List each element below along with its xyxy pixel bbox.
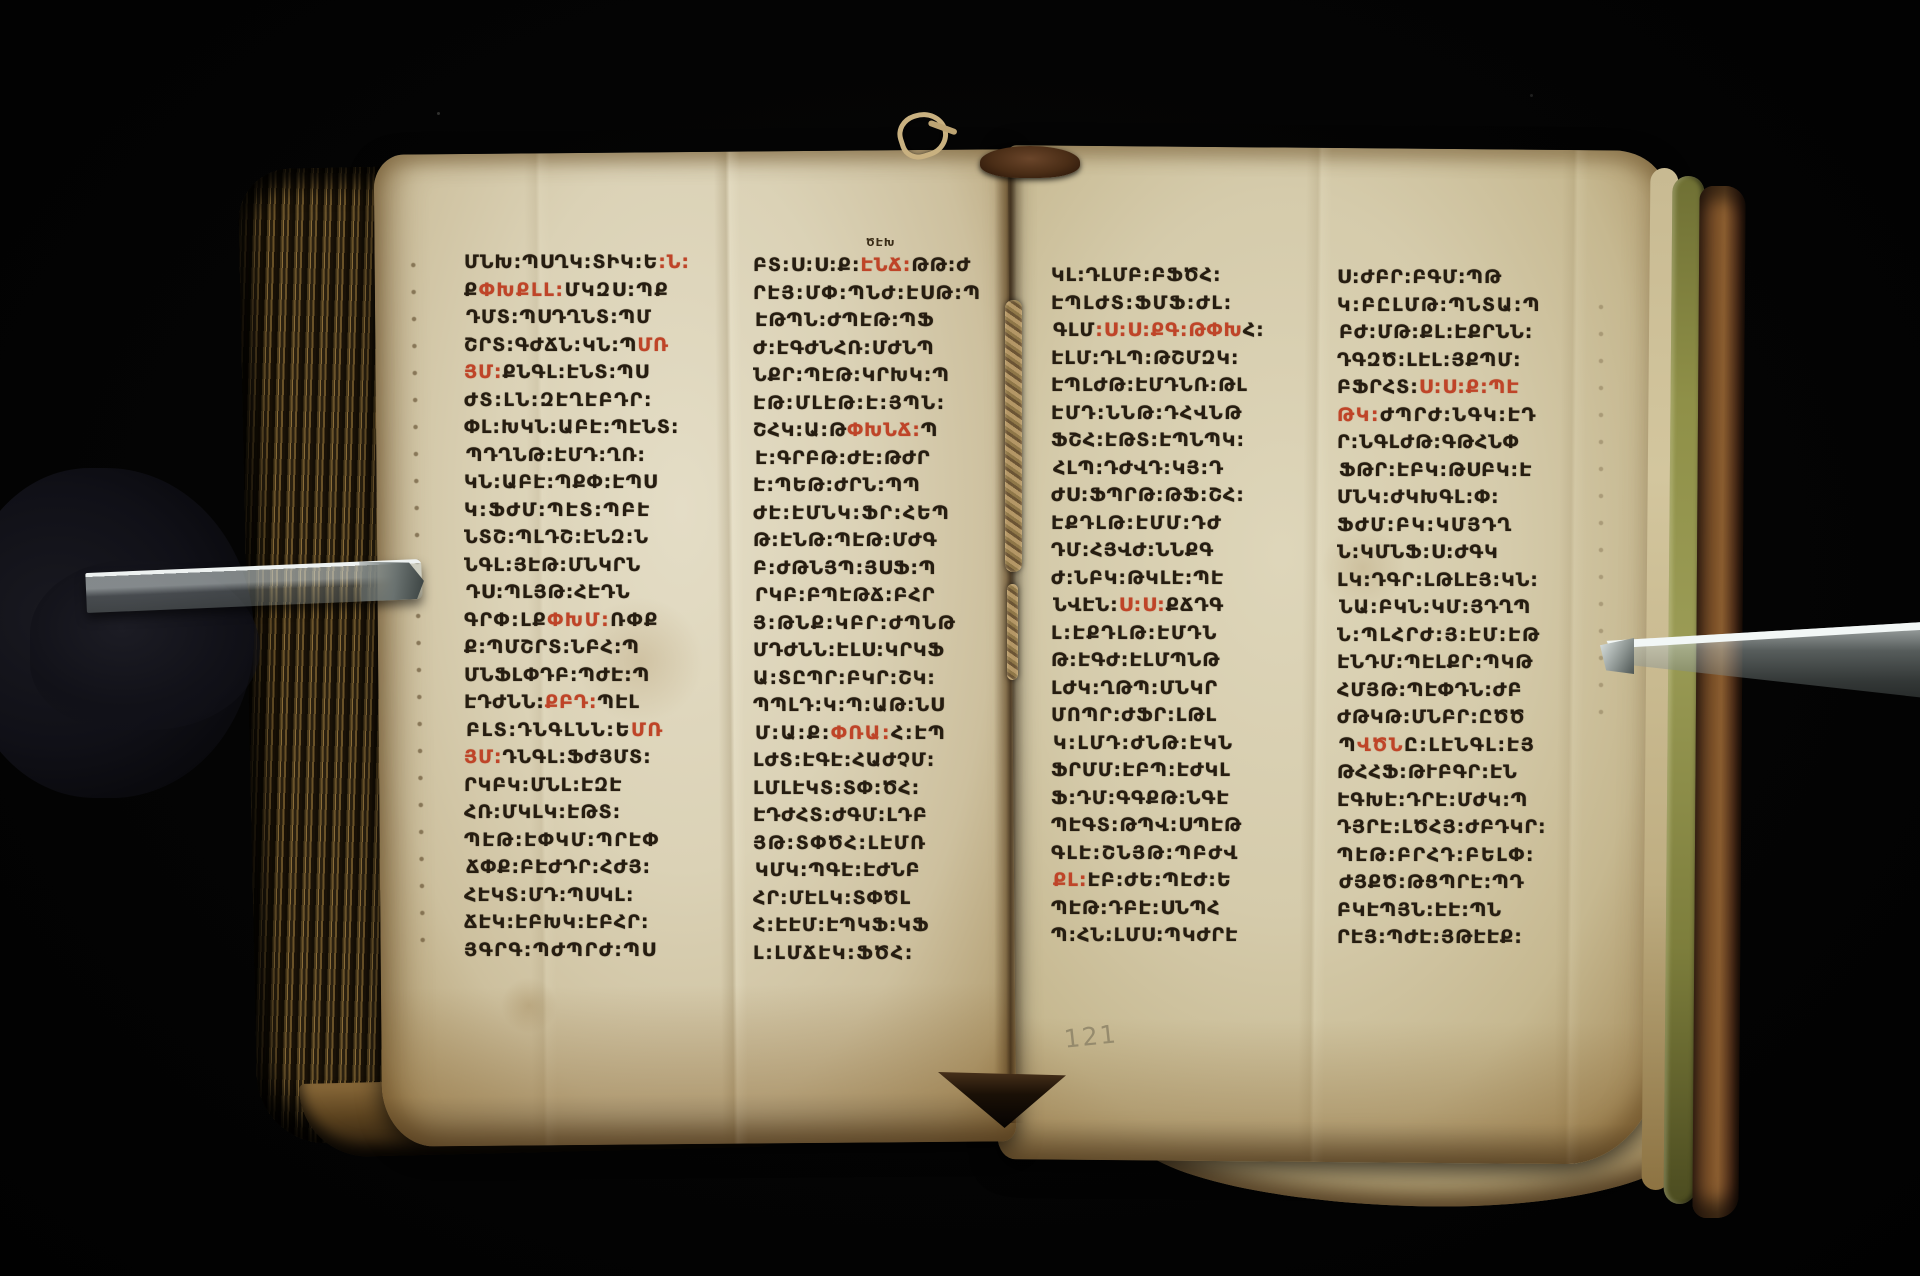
text-line: ՅՄ:ՔՆԳԼ:ԷՆՏ:ՊՍ xyxy=(464,359,732,387)
text-line: ԲԺ:ՄԹ:ՔԼ:ԷՔՐՆՆ: xyxy=(1339,319,1589,347)
text-line: ՊԷԹ:ԴԲԷ:ՍՆՊՀ xyxy=(1051,895,1313,923)
acrylic-strip-right xyxy=(1600,614,1920,710)
rubric-text: ՅՄ: xyxy=(464,361,503,383)
ink-text: ՄԿԶՍ:ՊՔ xyxy=(565,279,670,301)
ink-text: Է:ՊԵԹ:ԺՐՆ:ՊՊ xyxy=(753,474,921,496)
text-line: ՊԷԹ:ԲՐՀԴ:ԲԵԼՓ: xyxy=(1337,842,1587,870)
rubric-text: :Ն: xyxy=(658,251,690,273)
text-line: Կ:ԲԸԼՄԹ:ՊՆՏԱ:Պ xyxy=(1337,292,1587,320)
ink-text: ԷԹ:ՄԼԷԹ:Է:ՅՊՆ: xyxy=(753,392,946,414)
ink-text: ԲԺ:ՄԹ:ՔԼ:ԷՔՐՆՆ: xyxy=(1339,321,1533,343)
ink-text: Ժ:ԷԳԺՆՀՌ:ՄԺՆՊ xyxy=(753,337,935,359)
ink-text: Բ:ԺԹՆՅՊ:ՅՍՖ:Պ xyxy=(753,557,937,579)
ink-text: Հ: xyxy=(1243,319,1265,341)
acrylic-strip-tip xyxy=(1600,638,1634,674)
text-line: ՓԼ:ԽԿՆ:ԱԲԷ:ՊԷՆՏ: xyxy=(464,414,732,442)
text-line: ՄՆՖԼՓԴԲ:ՊԺԷ:Պ xyxy=(464,662,732,690)
text-line: ՊՊԼԴ:Կ:Պ:ԱԹ:ՆՍ xyxy=(753,692,995,720)
text-line: ԷԳԽԷ:ԴՐԷ:ՄԺԿ:Պ xyxy=(1337,787,1587,815)
text-line: ԳԼԷ:ՇՆՅԹ:ՊԲԺՎ xyxy=(1051,840,1313,868)
ink-text: Ն:ԿՄՆՖ:Ս:ԺԳԿ xyxy=(1337,541,1499,563)
dust-speck xyxy=(437,112,440,115)
ink-text: ՐԷՅ:ՄՓ:ՊՆԺ:ԷՍԹ:Պ xyxy=(753,282,982,304)
text-line: ԷՆԴՄ:ՊԷԼՔՐ:ՊԿԹ xyxy=(1337,649,1587,677)
text-line: ԴՅՐԷ:ԼԾՀՅ:ԺԲԴԿՐ: xyxy=(1337,814,1587,842)
ink-text: ԼԺԿ:ՂԹՊ:ՄՆԿՐ xyxy=(1051,677,1218,699)
ink-text: ՐԷՅ:ՊԺԷ:ՅԹԷԷՔ: xyxy=(1337,926,1523,948)
ink-text: Ք:ՊՄՇՐՏ:ՆԲՀ:Պ xyxy=(464,636,640,658)
rubric-text: ՓՌԱ: xyxy=(831,722,891,744)
ink-text: Ն:ՊԼՀՐԺ:Յ:ԷՄ:ԷԹ xyxy=(1337,624,1541,646)
ink-text: ՖԹՐ:ԷԲԿ:ԹՍԲԿ:Է xyxy=(1339,459,1533,481)
rubric-text: ՓԽՄ: xyxy=(547,609,610,631)
ink-text: ԴՍ:ՊԼՅԹ:ՀԷԴՆ xyxy=(466,581,631,603)
ink-text: ՀՌ:ՄԿԼԿ:ԷԹՏ: xyxy=(464,801,621,823)
ink-text: ԷՄԴ:ՆՆԹ:ԴՀՎՆԹ xyxy=(1051,402,1243,424)
text-line: ՅԳՐԳ:ՊԺՊՐԺ:ՊՍ xyxy=(464,937,732,965)
text-line: ՀՄՅԹ:ՊԷՓԴՆ:ԺԲ xyxy=(1337,677,1587,705)
text-line: Հ:ԷԷՄ:ԷՊԿՖ:ԿՖ xyxy=(753,912,995,940)
text-line: ԲՖՐՀՏ:Ս:Ս:Ք:ՊԷ xyxy=(1337,374,1587,402)
text-line: Կ:ՖԺՄ:ՊԷՏ:ՊԲԷ xyxy=(464,497,732,525)
text-line: ՊԴՂՆԹ:ԷՄԴ:ՂՌ: xyxy=(466,442,734,470)
text-line: Ք:ՊՄՇՐՏ:ՆԲՀ:Պ xyxy=(464,634,732,662)
ink-text: ՊՊԼԴ:Կ:Պ:ԱԹ:ՆՍ xyxy=(753,694,945,716)
text-line: Ժ:ԷԳԺՆՀՌ:ՄԺՆՊ xyxy=(753,335,995,363)
text-line: ՇՀԿ:Ա:ԹՓԽՆՃ:Պ xyxy=(753,417,995,445)
ink-text: ՃԷԿ:ԷԲԽԿ:ԷԲՀՐ: xyxy=(464,911,649,933)
rubric-text: Ս:Ս:Ք:ՊԷ xyxy=(1419,376,1520,398)
ink-text: ԲԼՏ:ԴՆԳԼՆՆ:Ե xyxy=(466,719,631,741)
text-line: Թ:ԷԳԺ:ԷԼՄՊՆԹ xyxy=(1051,647,1313,675)
text-line: Բ:ԺԹՆՅՊ:ՅՍՖ:Պ xyxy=(753,555,995,583)
ink-text: ԷՆԴՄ:ՊԷԼՔՐ:ՊԿԹ xyxy=(1337,651,1533,673)
rubric-text: ՄՌ xyxy=(631,719,664,741)
ink-text: Ա:ՏԸՊՐ:ԲԿՐ:ՇԿ: xyxy=(753,667,936,689)
ink-text: Լ:ԼՄՃԷԿ:ՖԾՀ: xyxy=(753,942,914,964)
text-line: ՆՔՐ:ՊԷԹ:ԿՐԽԿ:Պ xyxy=(753,362,995,390)
ink-text: ՊԴՂՆԹ:ԷՄԴ:ՂՌ: xyxy=(466,444,646,466)
ink-text: ՇՐՏ:ԳԺՃՆ:ԿՆ:Պ xyxy=(464,334,637,356)
ink-text: ԲՏ:Ս:Ս:Ք: xyxy=(753,254,860,276)
text-line: Ժ:ՆԲԿ:ԹԿԼԷ:ՊԷ xyxy=(1051,565,1313,593)
ink-text: Ֆ:ԴՄ:ԳԳՔԹ:ՆԳԷ xyxy=(1051,787,1230,809)
ink-text: ՊԷԹ:ԴԲԷ:ՍՆՊՀ xyxy=(1051,897,1221,919)
dust-speck xyxy=(1530,94,1533,97)
text-line: Կ:ԼՄԴ:ԺՆԹ:ԷԿՆ xyxy=(1053,730,1315,758)
ink-text: Ր:ՆԳԼԺԹ:ԳԹՀՆՓ xyxy=(1337,431,1520,453)
text-line: ՆԱ:ԲԿՆ:ԿՄ:ՅԴՂՊ xyxy=(1339,594,1589,622)
ink-text: ՖՇՀ:ԷԹՏ:ԷՊՆՊԿ: xyxy=(1051,429,1245,451)
ink-text: ԺՅՔԾ:ԹՑՊՐԷ:ՊԴ xyxy=(1339,871,1525,893)
ink-text: Ք xyxy=(464,279,479,301)
ink-text: Կ:ԲԸԼՄԹ:ՊՆՏԱ:Պ xyxy=(1337,294,1541,316)
ink-text: Թ:ԷՆԹ:ՊԷԹ:ՄԺԳ xyxy=(753,529,938,551)
rubric-text: ՔԼ: xyxy=(1053,869,1087,891)
ink-text: ՄՆՖԼՓԴԲ:ՊԺԷ:Պ xyxy=(464,664,650,686)
ink-text: ՄՈՊՐ:ԺՖՐ:ԼԹԼ xyxy=(1051,704,1217,726)
text-line: ԳՐՓ:ԼՔՓԽՄ:ՌՓՔ xyxy=(464,607,732,635)
text-line: ԲԼՏ:ԴՆԳԼՆՆ:ԵՄՌ xyxy=(466,717,734,745)
ink-text: ՆԳԼ:ՅԷԹ:ՄՆԿՐՆ xyxy=(464,554,641,576)
rubric-text: ՅՄ: xyxy=(464,746,503,768)
ink-text: ՀԷԿՏ:ՄԴ:ՊՍԿԼ: xyxy=(464,884,635,906)
rubric-text: ՎԾՆ xyxy=(1357,734,1404,756)
ink-text: ՆՎԷՆ: xyxy=(1053,594,1119,616)
rubric-text: :Ս:Ս:ՔԳ:ԹՓԽ xyxy=(1095,319,1243,341)
ink-text: ՀԼՊ:ԴԺՎԴ:ԿՅ:Դ xyxy=(1053,457,1224,479)
ink-text: ԺԹԿԹ:ՄՆԲՐ:ԸԾԾ xyxy=(1337,706,1525,728)
text-line: Ր:ՆԳԼԺԹ:ԳԹՀՆՓ xyxy=(1337,429,1587,457)
text-line: ԿՄԿ:ՊԳԷ:ԷԺՆԲ xyxy=(755,857,997,885)
text-line: ԺՅՔԾ:ԹՑՊՐԷ:ՊԴ xyxy=(1339,869,1589,897)
text-line: ՊԷԹ:ԷՓԿՄ:ՊՐԷՓ xyxy=(464,827,732,855)
text-line: ԳԼՄ:Ս:Ս:ՔԳ:ԹՓԽՀ: xyxy=(1053,317,1315,345)
text-line: ԼԿ:ԴԳՐ:ԼԹԼԷՅ:ԿՆ: xyxy=(1337,567,1587,595)
text-line: ՇՐՏ:ԳԺՃՆ:ԿՆ:ՊՄՌ xyxy=(464,332,732,360)
text-line: ՆԳԼ:ՅԷԹ:ՄՆԿՐՆ xyxy=(464,552,732,580)
text-line: ՐԿԲ:ԲՊԷԹՃ:ԲՀՐ xyxy=(755,582,997,610)
ink-text: ԴՅՐԷ:ԼԾՀՅ:ԺԲԴԿՐ: xyxy=(1337,816,1547,838)
text-line: ԴԳԶԾ:ԼԷԼ:ՅՔՊՄ: xyxy=(1337,347,1587,375)
rubric-text: ՓԽՔԼԼ: xyxy=(479,279,565,301)
text-line: ՄՈՊՐ:ԺՖՐ:ԼԹԼ xyxy=(1051,702,1313,730)
text-line: ԷՔԴԼԹ:ԷՄՄ:ԴԺ xyxy=(1051,510,1313,538)
ink-text: ՀՐ:ՄԷԼԿ:ՏՓԾԼ xyxy=(753,887,911,909)
ink-text: ԳԼՄ xyxy=(1053,319,1095,341)
ink-text: ԷՊԼԺԹ:ԷՄԴՆՌ:ԹԼ xyxy=(1051,374,1248,396)
text-line: ՖԹՐ:ԷԲԿ:ԹՍԲԿ:Է xyxy=(1339,457,1589,485)
ink-text: ԺԷ:ԷՄՆԿ:ՖՐ:ՀԵՊ xyxy=(753,502,950,524)
text-line: Ֆ:ԴՄ:ԳԳՔԹ:ՆԳԷ xyxy=(1051,785,1313,813)
ink-text: Պ:ՀՆ:ԼՄՍ:ՊԿԺՐԷ xyxy=(1051,924,1238,946)
ink-text: ԷՊԼԺՏ:ՖՄՖ:ԺԼ: xyxy=(1051,292,1233,314)
ink-text: ՊԷԼ xyxy=(598,691,640,713)
text-line: Թ:ԷՆԹ:ՊԷԹ:ՄԺԳ xyxy=(753,527,995,555)
text-line: ԺՏ:ԼՆ:ԶԷՂԷԲԴՐ: xyxy=(464,387,732,415)
text-line: ՄՆԽ:ՊՍՂԿ:ՏԻԿ:Ե:Ն: xyxy=(464,249,732,277)
ink-text: ԴՄՏ:ՊՍԴՂՆՏ:ՊՄ xyxy=(466,306,652,328)
text-line: ԼՄԼԷԿՏ:ՏՓ:ԾՀ: xyxy=(753,775,995,803)
text-line: ՐԿԲԿ:ՄՆԼ:ԷԶԷ xyxy=(464,772,732,800)
text-line: ԲՏ:Ս:Ս:Ք:ԷՆՃ:ԹԹ:Ժ xyxy=(753,252,995,280)
manuscript-photograph: ՄՆԽ:ՊՍՂԿ:ՏԻԿ:Ե:Ն:ՔՓԽՔԼԼ:ՄԿԶՍ:ՊՔԴՄՏ:ՊՍԴՂՆ… xyxy=(0,0,1920,1276)
ink-text: ՆԱ:ԲԿՆ:ԿՄ:ՅԴՂՊ xyxy=(1339,596,1531,618)
text-line: ԺԷ:ԷՄՆԿ:ՖՐ:ՀԵՊ xyxy=(753,500,995,528)
ink-text: ՀՄՅԹ:ՊԷՓԴՆ:ԺԲ xyxy=(1337,679,1522,701)
text-line: ԹՀՀՖ:ԹՒԲԳՐ:ԷՆ xyxy=(1337,759,1587,787)
ink-text: ԷՔԴԼԹ:ԷՄՄ:ԴԺ xyxy=(1051,512,1222,534)
sewing-thread-chain xyxy=(1007,584,1018,680)
ink-text: ՓԼ:ԽԿՆ:ԱԲԷ:ՊԷՆՏ: xyxy=(464,416,680,438)
ink-text: ԷԹՊՆ:ԺՊԷԹ:ՊՖ xyxy=(755,309,934,331)
text-line: ՐԷՅ:ՊԺԷ:ՅԹԷԷՔ: xyxy=(1337,924,1587,952)
text-line: ՄԴԺՆՆ:ԷԼՍ:ԿՐԿՖ xyxy=(753,637,995,665)
ink-text: Թ:ԷԳԺ:ԷԼՄՊՆԹ xyxy=(1051,649,1220,671)
text-line: ՅԹ:ՏՓԾՀ:ԼԷՄՌ xyxy=(753,830,995,858)
ink-text: ԷԲ:ԺԵ:ՊԷԺ:Ե xyxy=(1087,869,1231,891)
text-line: Լ:ԼՄՃԷԿ:ՖԾՀ: xyxy=(753,940,995,968)
ink-text: ՄՆԽ:ՊՍՂԿ:ՏԻԿ:Ե xyxy=(464,251,658,273)
text-line: ՅՄ:ԴՆԳԼ:ՖԺՅՄՏ: xyxy=(464,744,732,772)
ink-text: ԿԼ:ԴԼՄԲ:ԲՖԾՀ: xyxy=(1051,264,1222,286)
text-column-left-1: ՄՆԽ:ՊՍՂԿ:ՏԻԿ:Ե:Ն:ՔՓԽՔԼԼ:ՄԿԶՍ:ՊՔԴՄՏ:ՊՍԴՂՆ… xyxy=(464,249,732,964)
text-column-left-2: ԲՏ:Ս:Ս:Ք:ԷՆՃ:ԹԹ:ԺՐԷՅ:ՄՓ:ՊՆԺ:ԷՍԹ:ՊԷԹՊՆ:ԺՊ… xyxy=(753,252,995,967)
text-line: ՖՇՀ:ԷԹՏ:ԷՊՆՊԿ: xyxy=(1051,427,1313,455)
ink-text: ՅԹ:ՏՓԾՀ:ԼԷՄՌ xyxy=(753,832,927,854)
ink-text: Է:ԳՐԲԹ:ԺԷ:ԹԺՐ xyxy=(755,447,931,469)
text-line: ՃՓՔ:ԲԷԺԴՐ:ՀԺՅ: xyxy=(466,854,734,882)
text-line: Ա:ՏԸՊՐ:ԲԿՐ:ՇԿ: xyxy=(753,665,995,693)
text-line: ԷԼՄ:ԴԼՊ:ԹՇՄԶԿ: xyxy=(1051,345,1313,373)
ink-text: ԹՀՀՖ:ԹՒԲԳՐ:ԷՆ xyxy=(1337,761,1518,783)
ink-text: ՄՆԿ:ԺԿԽԳԼ:Փ: xyxy=(1337,486,1500,508)
text-line: ԿԼ:ԴԼՄԲ:ԲՖԾՀ: xyxy=(1051,262,1313,290)
text-line: ԷՄԴ:ՆՆԹ:ԴՀՎՆԹ xyxy=(1051,400,1313,428)
ink-text: ԲԿԷՊՅՆ:ԷԷ:ՊՆ xyxy=(1337,899,1502,921)
text-line: ԿՆ:ԱԲԷ:ՊՔՓ:ԷՊՍ xyxy=(464,469,732,497)
ink-text: ՖՐՄՄ:ԷԲՊ:ԷԺԿԼ xyxy=(1051,759,1231,781)
ink-text: ՃՓՔ:ԲԷԺԴՐ:ՀԺՅ: xyxy=(466,856,651,878)
rubric-text: ՄՌ xyxy=(637,334,669,356)
text-line: Ս:ԺԲՐ:ԲԳՄ:ՊԹ xyxy=(1337,264,1587,292)
text-line: ԺՍ:ՖՊՐԹ:ԹՖ:ՇՀ: xyxy=(1051,482,1313,510)
ink-text: ԷԳԽԷ:ԴՐԷ:ՄԺԿ:Պ xyxy=(1337,789,1528,811)
ink-text: ԿՆ:ԱԲԷ:ՊՔՓ:ԷՊՍ xyxy=(464,471,658,493)
text-line: ԷԹՊՆ:ԺՊԷԹ:ՊՖ xyxy=(755,307,997,335)
ink-text: ԼԺՏ:ԷԳԷ:ՀԱԺՉՄ: xyxy=(753,749,935,771)
ink-text: ԴԳԶԾ:ԼԷԼ:ՅՔՊՄ: xyxy=(1337,349,1522,371)
ink-text: ԳԼԷ:ՇՆՅԹ:ՊԲԺՎ xyxy=(1051,842,1239,864)
ink-text: ԲՖՐՀՏ: xyxy=(1337,376,1419,398)
ink-text: Հ:ԷԷՄ:ԷՊԿՖ:ԿՖ xyxy=(753,914,929,936)
text-line: ԹԿ:ԺՊՐԺ:ՆԳԿ:ԷԴ xyxy=(1337,402,1587,430)
text-column-right-1: ԿԼ:ԴԼՄԲ:ԲՖԾՀ:ԷՊԼԺՏ:ՖՄՖ:ԺԼ:ԳԼՄ:Ս:Ս:ՔԳ:ԹՓԽ… xyxy=(1051,262,1313,950)
text-line: ՔՓԽՔԼԼ:ՄԿԶՍ:ՊՔ xyxy=(464,277,732,305)
ink-text: ԺՏ:ԼՆ:ԶԷՂԷԲԴՐ: xyxy=(464,389,653,411)
ink-text: ԹԹ:Ժ xyxy=(911,254,971,276)
ink-text: ՆՔՐ:ՊԷԹ:ԿՐԽԿ:Պ xyxy=(753,364,950,386)
text-line: ՆՎԷՆ:Ս:Ս:ՔՃԴԳ xyxy=(1053,592,1315,620)
text-line: ՐԷՅ:ՄՓ:ՊՆԺ:ԷՍԹ:Պ xyxy=(753,280,995,308)
ink-text: ՔՆԳԼ:ԷՆՏ:ՊՍ xyxy=(503,361,650,383)
ink-text: Ժ:ՆԲԿ:ԹԿԼԷ:ՊԷ xyxy=(1051,567,1224,589)
text-line: ՀԷԿՏ:ՄԴ:ՊՍԿԼ: xyxy=(464,882,732,910)
ink-text: ԴՄ:ՀՅՎԺ:ՆՆՔԳ xyxy=(1051,539,1214,561)
ink-text: ՇՀԿ:Ա:Թ xyxy=(753,419,847,441)
text-line: ՄՆԿ:ԺԿԽԳԼ:Փ: xyxy=(1337,484,1587,512)
text-line: ՊԷԳՏ:ԹՊՎ:ՍՊԷԹ xyxy=(1051,812,1313,840)
ink-text: Ս:ԺԲՐ:ԲԳՄ:ՊԹ xyxy=(1337,266,1502,288)
rubric-text: ԹԿ: xyxy=(1337,404,1380,426)
rubric-text: ԷՆՃ: xyxy=(860,254,911,276)
ink-text: ԷԼՄ:ԴԼՊ:ԹՇՄԶԿ: xyxy=(1051,347,1239,369)
ink-text: Հ:ԷՊ xyxy=(891,722,946,744)
rubric-text: ՓԽՆՃ: xyxy=(847,419,921,441)
text-line: ՃԷԿ:ԷԲԽԿ:ԷԲՀՐ: xyxy=(464,909,732,937)
ink-text: ՅԳՐԳ:ՊԺՊՐԺ:ՊՍ xyxy=(464,939,657,961)
text-line: ՀՌ:ՄԿԼԿ:ԷԹՏ: xyxy=(464,799,732,827)
spine-head-leather xyxy=(980,146,1080,178)
text-line: Է:ԳՐԲԹ:ԺԷ:ԹԺՐ xyxy=(755,445,997,473)
ink-text: ՌՓՔ xyxy=(610,609,659,631)
text-line: ԺԹԿԹ:ՄՆԲՐ:ԸԾԾ xyxy=(1337,704,1587,732)
text-line: ՀՐ:ՄԷԼԿ:ՏՓԾԼ xyxy=(753,885,995,913)
ink-text: ԺՍ:ՖՊՐԹ:ԹՖ:ՇՀ: xyxy=(1051,484,1245,506)
text-line: ԷՊԼԺԹ:ԷՄԴՆՌ:ԹԼ xyxy=(1051,372,1313,400)
ink-text: Յ:ԹՆՔ:ԿԲՐ:ԺՊՆԹ xyxy=(753,612,956,634)
text-line: ՀԼՊ:ԴԺՎԴ:ԿՅ:Դ xyxy=(1053,455,1315,483)
ink-text: ՊԷԳՏ:ԹՊՎ:ՍՊԷԹ xyxy=(1051,814,1242,836)
ink-text: ՆՏՇ:ՊԼԴՇ:ԷՆԶ:Ն xyxy=(464,526,649,548)
ink-text: Լ:ԷՔԴԼԹ:ԷՄԴՆ xyxy=(1051,622,1218,644)
text-line: ԷԹ:ՄԼԷԹ:Է:ՅՊՆ: xyxy=(753,390,995,418)
text-line: Պ:ՀՆ:ԼՄՍ:ՊԿԺՐԷ xyxy=(1051,922,1313,950)
ink-text: ՔՃԴԳ xyxy=(1166,594,1224,616)
text-line: ԲԿԷՊՅՆ:ԷԷ:ՊՆ xyxy=(1337,897,1587,925)
text-column-right-2: Ս:ԺԲՐ:ԲԳՄ:ՊԹԿ:ԲԸԼՄԹ:ՊՆՏԱ:ՊԲԺ:ՄԹ:ՔԼ:ԷՔՐՆՆ… xyxy=(1337,264,1587,952)
text-line: ԼԺՏ:ԷԳԷ:ՀԱԺՉՄ: xyxy=(753,747,995,775)
sewing-thread-chain xyxy=(1005,300,1022,572)
ink-text: ՐԿԲ:ԲՊԷԹՃ:ԲՀՐ xyxy=(755,584,935,606)
text-line: ՖԺՄ:ԲԿ:ԿՄՅԴՂ xyxy=(1337,512,1587,540)
interlinear-gloss: ԾԷԽ xyxy=(866,236,895,249)
text-line: ՊՎԾՆԸ:ԼԷՆԳԼ:ԷՅ xyxy=(1339,732,1589,760)
text-line: ԷՊԼԺՏ:ՖՄՖ:ԺԼ: xyxy=(1051,290,1313,318)
ink-text: Մ:Ա:Ք: xyxy=(755,722,831,744)
ink-text: ՊԷԹ:ԲՐՀԴ:ԲԵԼՓ: xyxy=(1337,844,1535,866)
text-line: Ն:ԿՄՆՖ:Ս:ԺԳԿ xyxy=(1337,539,1587,567)
text-line: ԷԴԺՀՏ:ԺԳՄ:ԼԴԲ xyxy=(753,802,995,830)
text-line: Յ:ԹՆՔ:ԿԲՐ:ԺՊՆԹ xyxy=(753,610,995,638)
rubric-text: Ս:Ս: xyxy=(1119,594,1166,616)
text-line: ՆՏՇ:ՊԼԴՇ:ԷՆԶ:Ն xyxy=(464,524,732,552)
pencil-folio-number: 121 xyxy=(1063,1019,1119,1053)
ink-text: Պ xyxy=(1339,734,1357,756)
ink-text: ԼՄԼԷԿՏ:ՏՓ:ԾՀ: xyxy=(753,777,920,799)
text-line: ԴՍ:ՊԼՅԹ:ՀԷԴՆ xyxy=(466,579,734,607)
text-line: Է:ՊԵԹ:ԺՐՆ:ՊՊ xyxy=(753,472,995,500)
ink-text: ՐԿԲԿ:ՄՆԼ:ԷԶԷ xyxy=(464,774,623,796)
ink-text: ԴՆԳԼ:ՖԺՅՄՏ: xyxy=(503,746,652,768)
text-line: Մ:Ա:Ք:ՓՌԱ:Հ:ԷՊ xyxy=(755,720,997,748)
ink-text: ՖԺՄ:ԲԿ:ԿՄՅԴՂ xyxy=(1337,514,1513,536)
ink-text: ՄԴԺՆՆ:ԷԼՍ:ԿՐԿՖ xyxy=(753,639,945,661)
ink-text: ԼԿ:ԴԳՐ:ԼԹԼԷՅ:ԿՆ: xyxy=(1337,569,1539,591)
ink-text: ԷԴԺՀՏ:ԺԳՄ:ԼԴԲ xyxy=(753,804,928,826)
text-line: Լ:ԷՔԴԼԹ:ԷՄԴՆ xyxy=(1051,620,1313,648)
rubric-text: ՔԲԴ: xyxy=(545,691,598,713)
ink-text: Ը:ԼԷՆԳԼ:ԷՅ xyxy=(1404,734,1535,756)
text-line: ԼԺԿ:ՂԹՊ:ՄՆԿՐ xyxy=(1051,675,1313,703)
ink-text: ԿՄԿ:ՊԳԷ:ԷԺՆԲ xyxy=(755,859,920,881)
ink-text: ԺՊՐԺ:ՆԳԿ:ԷԴ xyxy=(1380,404,1537,426)
text-line: ՖՐՄՄ:ԷԲՊ:ԷԺԿԼ xyxy=(1051,757,1313,785)
ink-text: ԳՐՓ:ԼՔ xyxy=(464,609,547,631)
ink-text: ԷԴԺՆՆ: xyxy=(464,691,545,713)
text-line: Ն:ՊԼՀՐԺ:Յ:ԷՄ:ԷԹ xyxy=(1337,622,1587,650)
text-line: ԷԴԺՆՆ:ՔԲԴ:ՊԷԼ xyxy=(464,689,732,717)
ink-text: Կ:ԼՄԴ:ԺՆԹ:ԷԿՆ xyxy=(1053,732,1234,754)
text-line: ԴՄՏ:ՊՍԴՂՆՏ:ՊՄ xyxy=(466,304,734,332)
ink-text: Կ:ՖԺՄ:ՊԷՏ:ՊԲԷ xyxy=(464,499,651,521)
ink-text: Պ xyxy=(921,419,938,441)
ink-text: ՊԷԹ:ԷՓԿՄ:ՊՐԷՓ xyxy=(464,829,660,851)
text-line: ԴՄ:ՀՅՎԺ:ՆՆՔԳ xyxy=(1051,537,1313,565)
text-line: ՔԼ:ԷԲ:ԺԵ:ՊԷԺ:Ե xyxy=(1053,867,1315,895)
